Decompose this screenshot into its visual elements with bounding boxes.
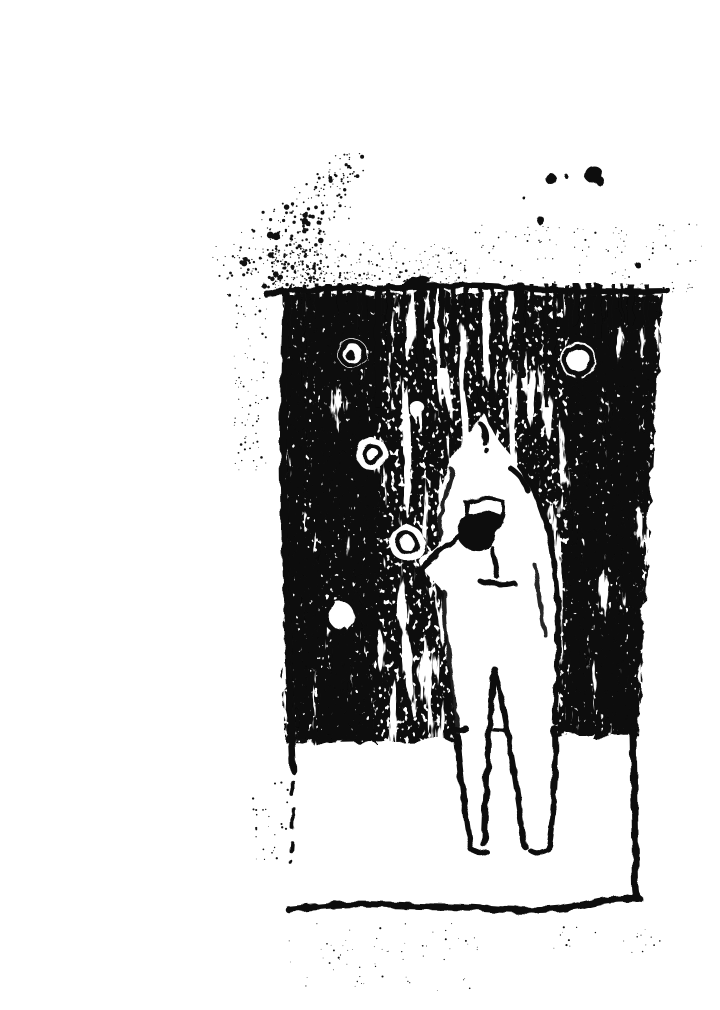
speckle-dot [241, 306, 242, 307]
speckle-dot [308, 198, 309, 199]
speckle-dot [298, 257, 300, 259]
speckle-dot [238, 312, 239, 313]
speckle-dot [267, 363, 268, 364]
speckle-dot [477, 949, 478, 950]
speckle-dot [298, 261, 299, 262]
speckle-dot [543, 226, 544, 227]
bubble-halo [356, 438, 388, 470]
speckle-dot [556, 244, 557, 245]
speckle-dot [272, 280, 274, 282]
speckle-dot [329, 162, 331, 164]
speckle-dot [481, 247, 482, 248]
speckle-dot [621, 230, 622, 231]
speckle-dot [245, 353, 246, 354]
speckle-dot [255, 836, 256, 837]
speckle-dot [511, 265, 513, 267]
speckle-dot [340, 196, 343, 199]
speckle-dot [277, 271, 278, 272]
speckle-dot [337, 186, 338, 187]
speckle-dot [451, 923, 452, 924]
speckle-dot [404, 248, 405, 249]
speckle-dot [241, 460, 242, 461]
speckle-dot [334, 283, 335, 284]
speckle-dot [344, 277, 345, 278]
speckle-dot [253, 358, 255, 360]
speckle-dot [403, 959, 404, 960]
speckle-dot [236, 380, 237, 381]
speckle-dot [285, 229, 287, 231]
speckle-dot [328, 176, 332, 180]
speckle-dot [273, 850, 274, 851]
speckle-dot [267, 286, 270, 289]
speckle-dot [493, 246, 495, 248]
speckle-dot [235, 326, 237, 328]
speckle-dot [256, 814, 258, 816]
speckle-dot [390, 253, 391, 254]
speckle-dot [240, 268, 241, 269]
speckle-dot [349, 244, 350, 245]
speckle-dot [396, 262, 397, 263]
speckle-dot [349, 157, 350, 158]
speckle-dot [233, 244, 234, 245]
speckle-dot [612, 273, 613, 274]
speckle-dot [237, 255, 238, 256]
speckle-dot [288, 226, 289, 227]
speckle-dot [256, 306, 257, 307]
speckle-dot [361, 278, 362, 279]
speckle-dot [287, 263, 290, 266]
speckle-dot [426, 946, 427, 947]
speckle-dot [418, 269, 420, 271]
speckle-dot [258, 418, 259, 419]
speckle-dot [256, 466, 257, 467]
speckle-dot [360, 282, 361, 283]
speckle-dot [391, 255, 392, 256]
crotch-blob [490, 666, 498, 674]
speckle-dot [409, 275, 410, 276]
speckle-dot [548, 227, 549, 228]
speckle-dot [315, 237, 316, 238]
speckle-dot [292, 251, 294, 253]
speckle-dot [323, 278, 325, 280]
speckle-dot [245, 316, 246, 317]
speckle-dot [391, 280, 392, 281]
speckle-dot [293, 284, 295, 286]
speckle-dot [267, 227, 268, 228]
speckle-dot [317, 182, 318, 183]
speckle-dot [455, 273, 456, 274]
speckle-dot [238, 452, 240, 454]
speckle-dot [264, 859, 265, 860]
speckle-dot [309, 249, 311, 251]
speckle-dot [338, 957, 340, 959]
speckle-dot [255, 402, 256, 403]
speckle-dot [311, 268, 312, 269]
speckle-dot [459, 263, 460, 264]
grit-clump [241, 260, 247, 266]
speckle-dot [554, 281, 556, 283]
speckle-dot [234, 356, 235, 357]
speckle-dot [259, 298, 260, 299]
speckle-dot [645, 944, 646, 945]
speckle-dot [584, 239, 586, 241]
speckle-dot [256, 395, 257, 396]
speckle-dot [249, 414, 250, 415]
speckle-dot [444, 249, 445, 250]
speckle-dot [549, 239, 550, 240]
speckle-dot [316, 251, 317, 252]
bubble-halo [389, 525, 424, 560]
speckle-dot [368, 260, 370, 262]
speckle-dot [262, 249, 263, 250]
speckle-dot [382, 271, 383, 272]
speckle-dot [450, 264, 451, 265]
speckle-dot [278, 251, 279, 252]
speckle-dot [292, 205, 293, 206]
speckle-dot [351, 265, 352, 266]
speckle-dot [252, 797, 254, 799]
speckle-dot [437, 254, 439, 256]
speckle-dot [356, 175, 358, 177]
bubble-stem [578, 374, 580, 390]
speckle-dot [322, 254, 323, 255]
speckle-dot [574, 247, 575, 248]
speckle-dot [586, 256, 587, 257]
speckle-dot [258, 447, 259, 448]
speckle-dot [626, 234, 627, 235]
speckle-dot [271, 266, 273, 268]
speckle-dot [672, 282, 673, 283]
splatter-dot [537, 217, 545, 225]
speckle-dot [375, 966, 376, 967]
drip [544, 284, 548, 407]
speckle-dot [615, 272, 616, 273]
speckle-dot [347, 950, 348, 951]
speckle-dot [458, 276, 460, 278]
speckle-dot [274, 282, 275, 283]
speckle-dot [312, 247, 313, 248]
speckle-dot [606, 249, 607, 250]
speckle-dot [316, 923, 317, 924]
head-dot [484, 448, 490, 454]
speckle-dot [261, 219, 262, 220]
speckle-dot [481, 225, 482, 226]
speckle-dot [262, 809, 264, 811]
speckle-dot [226, 277, 228, 279]
speckle-dot [659, 940, 661, 942]
speckle-dot [389, 267, 390, 268]
speckle-dot [617, 247, 618, 248]
speckle-dot [297, 254, 298, 255]
speckle-dot [307, 284, 309, 286]
speckle-dot [253, 460, 254, 461]
speckle-dot [286, 270, 288, 272]
speckle-dot [640, 935, 641, 936]
speckle-dot [328, 218, 329, 219]
speckle-dot [342, 183, 344, 185]
speckle-dot [559, 227, 560, 228]
speckle-dot [345, 940, 346, 941]
speckle-dot [366, 274, 367, 275]
speckle-dot [670, 248, 671, 249]
speckle-dot [295, 242, 296, 243]
speckle-dot [272, 270, 274, 272]
speckle-dot [546, 230, 547, 231]
speckle-dot [238, 387, 239, 388]
drip [518, 284, 525, 371]
speckle-dot [319, 274, 320, 275]
speckle-dot [622, 275, 623, 276]
speckle-dot [527, 240, 529, 242]
speckle-dot [651, 937, 652, 938]
speckle-dot [305, 183, 307, 185]
speckle-dot [305, 238, 308, 241]
grit-clump [272, 233, 280, 241]
speckle-dot [302, 264, 304, 266]
speckle-dot [397, 274, 398, 275]
speckle-dot [464, 978, 465, 979]
speckle-dot [429, 259, 430, 260]
speckle-dot [477, 947, 478, 948]
speckle-dot [258, 403, 259, 404]
speckle-dot [405, 269, 408, 272]
speckle-dot [236, 304, 237, 305]
speckle-dot [420, 254, 421, 255]
speckle-dot [255, 827, 257, 829]
speckle-dot [335, 249, 336, 250]
speckle-dot [665, 245, 667, 247]
speckle-dot [337, 265, 339, 267]
speckle-dot [289, 212, 290, 213]
speckle-dot [565, 944, 567, 946]
speckle-dot [594, 232, 596, 234]
speckle-dot [299, 255, 300, 256]
speckle-dot [281, 273, 282, 274]
speckle-dot [673, 288, 675, 290]
speckle-dot [218, 275, 220, 277]
speckle-dot [341, 180, 343, 182]
speckle-dot [422, 945, 424, 947]
speckle-dot [344, 272, 345, 273]
speckle-dot [347, 181, 349, 183]
speckle-dot [300, 260, 302, 262]
speckle-dot [260, 456, 263, 459]
speckle-dot [321, 244, 322, 245]
between-legs-dash [494, 730, 507, 731]
speckle-dot [579, 265, 580, 266]
speckle-dot [334, 172, 335, 173]
speckle-dot [488, 252, 490, 254]
speckle-dot [287, 244, 288, 245]
grit-clump [284, 204, 290, 210]
speckle-dot [372, 280, 373, 281]
speckle-dot [646, 246, 647, 247]
speckle-dot [574, 232, 575, 233]
speckle-dot [387, 951, 388, 952]
speckle-dot [395, 267, 397, 269]
speckle-dot [286, 801, 288, 803]
speckle-dot [253, 268, 254, 269]
speckle-dot [402, 263, 404, 265]
speckle-dot [652, 252, 654, 254]
speckle-dot [347, 177, 349, 179]
speckle-dot [444, 959, 445, 960]
speckle-dot [539, 241, 541, 243]
speckle-dot [406, 977, 407, 978]
speckle-dot [368, 273, 369, 274]
speckle-dot [268, 276, 271, 279]
speckle-dot [286, 276, 288, 278]
speckle-dot [253, 442, 254, 443]
speckle-dot [341, 280, 342, 281]
speckle-dot [296, 247, 299, 250]
speckle-dot [359, 153, 360, 154]
speckle-dot [339, 188, 340, 189]
speckle-dot [279, 255, 280, 256]
speckle-dot [270, 228, 271, 229]
speckle-dot [265, 463, 266, 464]
speckle-dot [376, 938, 377, 939]
speckle-dot [314, 205, 318, 209]
speckle-dot [271, 852, 273, 854]
speckle-dot [256, 420, 258, 422]
speckle-dot [275, 251, 276, 252]
speckle-dot [458, 938, 459, 939]
speckle-dot [372, 245, 373, 246]
speckle-dot [240, 246, 242, 248]
speckle-dot [281, 263, 283, 265]
speckle-dot [332, 184, 333, 185]
speckle-dot [432, 932, 433, 933]
speckle-dot [308, 266, 309, 267]
speckle-dot [263, 263, 264, 264]
speckle-dot [299, 253, 300, 254]
speckle-dot [304, 253, 307, 256]
speckle-dot [372, 263, 373, 264]
speckle-dot [539, 240, 540, 241]
speckle-dot [536, 230, 537, 231]
speckle-dot [441, 268, 442, 269]
speckle-dot [319, 277, 321, 279]
speckle-dot [376, 264, 378, 266]
speckle-dot [300, 282, 302, 284]
speckle-dot [241, 232, 242, 233]
speckle-dot [310, 281, 312, 283]
speckle-dot [261, 236, 262, 237]
speckle-dot [465, 940, 467, 942]
speckle-dot [263, 252, 264, 253]
drip [440, 284, 445, 367]
speckle-dot [442, 271, 443, 272]
speckle-dot [258, 415, 259, 416]
speckle-dot [284, 266, 287, 269]
speckle-dot [607, 250, 609, 252]
speckle-dot [345, 206, 346, 207]
speckle-dot [333, 949, 335, 951]
speckle-dot [265, 318, 266, 319]
bubble [337, 338, 367, 368]
speckle-dot [340, 169, 341, 170]
speckle-dot [318, 232, 320, 234]
speckle-dot [431, 246, 432, 247]
speckle-dot [239, 295, 240, 296]
speckle-dot [271, 262, 274, 265]
speckle-dot [653, 944, 655, 946]
speckle-dot [212, 257, 213, 258]
speckle-dot [333, 179, 334, 180]
speckle-dot [464, 265, 466, 267]
speckle-dot [323, 271, 324, 272]
speckle-dot [247, 268, 250, 271]
speckle-dot [325, 255, 326, 256]
speckle-dot [434, 244, 435, 245]
speckle-dot [659, 224, 661, 226]
speckle-dot [326, 204, 327, 205]
speckle-dot [560, 934, 561, 935]
speckle-dot [618, 233, 619, 234]
speckle-dot [282, 219, 285, 222]
speckle-dot [298, 264, 300, 266]
speckle-dot [314, 186, 317, 189]
speckle-dot [302, 268, 304, 270]
speckle-dot [275, 259, 277, 261]
drip-bulb [517, 370, 525, 378]
speckle-dot [339, 272, 341, 274]
speckle-dot [414, 272, 416, 274]
speckle-dot [583, 229, 584, 230]
speckle-dot [570, 286, 571, 287]
speckle-dot [645, 929, 646, 930]
speckle-dot [475, 232, 477, 234]
speckle-dot [665, 235, 666, 236]
speckle-dot [268, 826, 269, 827]
speckle-dot [449, 247, 450, 248]
speckle-dot [271, 277, 272, 278]
speckle-dot [335, 155, 336, 156]
speckle-dot [280, 282, 281, 283]
speckle-dot [268, 816, 269, 817]
speckle-dot [568, 939, 570, 941]
speckle-dot [331, 273, 333, 275]
speckle-dot [282, 235, 283, 236]
speckle-dot [449, 948, 450, 949]
speckle-dot [304, 278, 305, 279]
speckle-dot [371, 274, 372, 275]
speckle-dot [245, 424, 246, 425]
speckle-dot [313, 229, 315, 231]
speckle-dot [274, 263, 275, 264]
speckle-dot [319, 191, 320, 192]
drip-bulb [418, 384, 423, 389]
speckle-dot [465, 259, 466, 260]
speckle-dot [276, 265, 277, 266]
speckle-dot [287, 789, 289, 791]
speckle-dot [294, 238, 295, 239]
speckle-dot [249, 447, 251, 449]
speckle-dot [451, 268, 452, 269]
speckle-dot [672, 291, 673, 292]
speckle-dot [234, 422, 235, 423]
speckle-dot [343, 945, 344, 946]
speckle-dot [282, 283, 283, 284]
speckle-dot [582, 250, 583, 251]
speckle-dot [323, 176, 325, 178]
speckle-dot [344, 277, 346, 279]
speckle-dot [346, 272, 348, 274]
speckle-dot [420, 274, 421, 275]
speckle-dot [249, 262, 251, 264]
speckle-dot [265, 809, 266, 810]
